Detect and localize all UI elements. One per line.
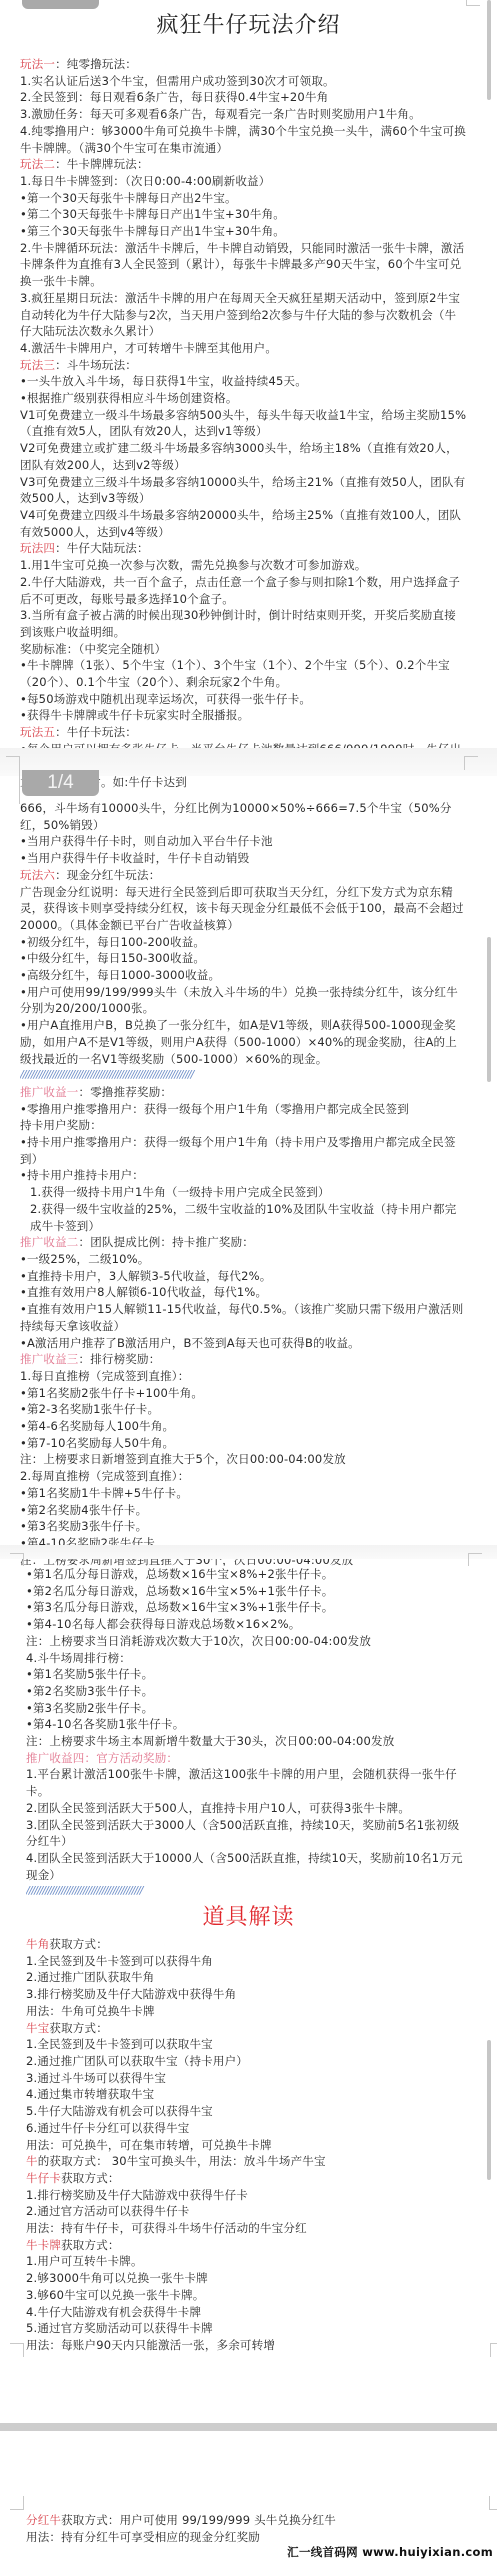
list-item: 3.排行榜奖励及牛仔大陆游戏中获得牛角 <box>26 1986 467 2003</box>
list-item: •每50场游戏中随机出现幸运场次，可获得一张牛仔卡。 <box>20 691 467 708</box>
promo-1-heading: 推广收益一：零撸推荐奖励： <box>20 1084 467 1101</box>
list-item: 3.当所有盒子被占满的时候出现30秒钟倒计时，倒计时结束则开奖，开奖后奖励直接到… <box>20 607 467 640</box>
list-item: 用法：牛角可兑换牛卡牌 <box>26 2003 467 2020</box>
list-item: •第3名瓜分每日游戏，总场数×16牛宝×3%+1张牛仔卡。 <box>26 1599 467 1616</box>
list-item: 4.激活牛卡牌用户，才可转增牛卡牌至其他用户。 <box>20 340 467 357</box>
list-item: 3.通过斗牛场可以获得牛宝 <box>26 2070 467 2087</box>
list-item: •第7-10名奖励每人50牛角。 <box>20 1435 467 1452</box>
list-item: 用法：持有分红牛可享受相应的现金分红奖励 <box>26 2529 467 2546</box>
list-item: •持卡用户推零撸用户：获得一级每个用户1牛角（持卡用户及零撸用户都完成全民签到） <box>20 1134 467 1167</box>
list-item: V2可免费建立或扩建二级斗牛场最多容纳3000头牛，给场主18%（直推有效20人… <box>20 440 467 473</box>
list-item: •第二个30天每张牛卡牌每日产出1牛宝+30牛角。 <box>20 206 467 223</box>
page-corner-mark <box>464 756 478 770</box>
page-corner-mark <box>6 756 20 804</box>
list-item: 2.获得一级牛宝收益的25%，二级牛宝收益的10%及团队牛宝收益（持卡用户都完成… <box>20 1201 467 1234</box>
prop-heading-treasure: 牛宝获取方式： <box>26 2020 467 2037</box>
list-item: 3.激励任务：每天可多观看6条广告，每观看完一条广告时则奖励用户1牛角。 <box>20 106 467 123</box>
list-item: •一级25%，二级10%。 <box>20 1251 467 1268</box>
list-item: •第1名奖励1牛卡牌+5牛仔卡。 <box>20 1485 467 1502</box>
list-item: •A激活用户推荐了B激活用户，B不签到A每天也可获得B的收益。 <box>20 1335 467 1352</box>
section-divider: ////////////////////////////////////////… <box>26 1883 467 1900</box>
list-item: 注：上榜要求日新增签到直推大于5个，次日00:00-04:00发放 <box>20 1451 467 1468</box>
list-item: •当用户获得牛仔卡收益时，牛仔卡自动销毁 <box>20 850 467 867</box>
list-item: 注：上榜要求牛场主本周新增牛数量大于30头，次日00:00-04:00发放 <box>26 1733 467 1750</box>
page-2-content: 666，斗牛场有10000头牛，分红比例为10000×50%÷666=7.5个牛… <box>0 800 497 1585</box>
list-item: V4可免费建立四级斗牛场最多容纳20000头牛，给场主25%（直推有效100人，… <box>20 507 467 540</box>
list-item: 1.用户可互转牛卡牌。 <box>26 2253 467 2270</box>
list-item: 4.牛仔大陆游戏有机会获得牛卡牌 <box>26 2304 467 2321</box>
list-item: 2.通过推广团队可以获取牛宝（持卡用户） <box>26 2053 467 2070</box>
list-item: •第2名奖励4张牛仔卡。 <box>20 1502 467 1519</box>
page-3-content: •第1名瓜分每日游戏，总场数×16牛宝×8%+2张牛仔卡。 •第2名瓜分每日游戏… <box>0 1566 497 1900</box>
list-item: •第2名奖励3张牛仔卡。 <box>26 1683 467 1700</box>
list-item: •直推有效用户8人解锁6-10代收益，每代1%。 <box>20 1284 467 1301</box>
list-item: •第3名奖励2张牛仔卡。 <box>26 1700 467 1717</box>
mode-5-heading: 玩法五：牛仔卡玩法： <box>20 724 467 741</box>
list-item: V1可免费建立一级斗牛场最多容纳500头牛，每头牛每天收益1牛宝，给场主奖励15… <box>20 407 467 440</box>
site-watermark: 汇一线首码网 www.huiyixian.com <box>287 2544 493 2560</box>
list-item: 用法：持有牛仔卡，可获得斗牛场牛仔活动的牛宝分红 <box>26 2220 467 2237</box>
list-item: •牛卡牌牌（1张）、5个牛宝（1个）、3个牛宝（1个）、2个牛宝（5个）、0.2… <box>20 657 467 690</box>
list-item: •第3名奖励3张牛仔卡。 <box>20 1518 467 1535</box>
list-item: •第1名奖励5张牛仔卡。 <box>26 1666 467 1683</box>
list-item: 2.牛卡牌循环玩法：激活牛卡牌后，牛卡牌自动销毁，只能同时激活一张牛卡牌，激活卡… <box>20 240 467 290</box>
list-item: •获得牛卡牌牌或牛仔卡玩家实时全服播报。 <box>20 707 467 724</box>
list-item: 4.斗牛场周排行榜： <box>26 1650 467 1667</box>
document-page-2: 666，斗牛场有10000头牛，分红比例为10000×50%÷666=7.5个牛… <box>0 800 497 1540</box>
page-break <box>0 1545 497 1559</box>
list-item: 666，斗牛场有10000头牛，分红比例为10000×50%÷666=7.5个牛… <box>20 800 467 833</box>
list-item: 注：上榜要求当日消耗游戏次数大于10次，次日00:00-04:00发放 <box>26 1633 467 1650</box>
list-item: 4.纯零撸用户：够3000牛角可兑换牛卡牌，满30个牛宝兑换一头牛，满60个牛宝… <box>20 123 467 156</box>
list-item: 1.用1牛宝可兑换一次参与次数，需先兑换参与次数才可参加游戏。 <box>20 557 467 574</box>
prop-heading-cow: 牛的获取方式： 30牛宝可换头牛，用法：放斗牛场产牛宝 <box>26 2153 467 2170</box>
list-item: 2.通过推广团队获取牛角 <box>26 1969 467 1986</box>
list-item: •直推持卡用户，3人解锁3-5代收益，每代2%。 <box>20 1268 467 1285</box>
list-item: 广告现金分红说明：每天进行全民签到后即可获取当天分红，分红下发方式为京东精灵，获… <box>20 884 467 934</box>
list-item: •第1名奖励2张牛仔卡+100牛角。 <box>20 1385 467 1402</box>
list-item: 5.通过官方奖励活动可以获得牛卡牌 <box>26 2320 467 2337</box>
list-item: •持卡用户推持卡用户： <box>20 1167 467 1184</box>
mode-3-heading: 玩法三：斗牛场玩法： <box>20 357 467 374</box>
list-item: 持卡用户奖励： <box>20 1117 467 1134</box>
list-item: 3.疯狂星期日玩法：激活牛卡牌的用户在每周天全天疯狂星期天活动中，签到原2牛宝自… <box>20 290 467 340</box>
page-corner-mark <box>10 1553 24 1567</box>
list-item: 2.全民签到：每日观看6条广告，每日获得0.4牛宝+20牛角 <box>20 89 467 106</box>
list-item: 1.全民签到及牛卡签到可以获得牛角 <box>26 1953 467 1970</box>
page-corner-mark <box>10 2343 24 2357</box>
list-item: •第2名瓜分每日游戏，总场数×16牛宝×5%+1张牛仔卡。 <box>26 1583 467 1600</box>
list-item: •第1名瓜分每日游戏，总场数×16牛宝×8%+2张牛仔卡。 <box>26 1566 467 1583</box>
page-corner-mark <box>468 1553 482 1567</box>
list-item: •中级分红牛，每日150-300收益。 <box>20 950 467 967</box>
list-item: •当用户获得牛仔卡时，则自动加入平台牛仔卡池 <box>20 833 467 850</box>
list-item: •用户A直推用户B，B兑换了一张分红牛，如A是V1等级，则A获得500-1000… <box>20 1017 467 1067</box>
scrollbar-thumb[interactable] <box>487 2040 491 2180</box>
scrollbar-thumb[interactable] <box>487 0 491 100</box>
list-item: 3.团队全民签到活跃大于3000人（含500活跃直推，持续10天，奖励前5名1张… <box>26 1817 467 1850</box>
page-corner-mark <box>490 2343 497 2357</box>
list-item: 6.通过牛仔卡分红可以获得牛宝 <box>26 2120 467 2137</box>
page-corner-mark <box>489 2496 497 2510</box>
promo-3-heading: 推广收益三：排行榜奖励： <box>20 1351 467 1368</box>
list-item: 1.获得一级持卡用户1牛角（一级持卡用户完成全民签到） <box>20 1184 467 1201</box>
page-1-content: 玩法一：纯零撸玩法： 1.实名认证后送3个牛宝，但需用户成功签到30次才可领取。… <box>0 48 497 791</box>
document-page-3: •第1名瓜分每日游戏，总场数×16牛宝×8%+2张牛仔卡。 •第2名瓜分每日游戏… <box>0 1566 497 2346</box>
mode-1-heading: 玩法一：纯零撸玩法： <box>20 56 467 73</box>
list-item: 2.够3000牛角可以兑换一张牛卡牌 <box>26 2270 467 2287</box>
page-corner-mark <box>466 0 480 6</box>
list-item: •高级分红牛，每日1000-3000收益。 <box>20 967 467 984</box>
list-item: 1.排行榜奖励及牛仔大陆游戏中获得牛仔卡 <box>26 2187 467 2204</box>
page-separator-bar <box>0 2423 497 2431</box>
list-item: •用户可使用99/199/999头牛（未放入斗牛场的牛）兑换一张持续分红牛，该分… <box>20 984 467 1017</box>
list-item: •第一个30天每张牛卡牌每日产出2牛宝。 <box>20 190 467 207</box>
prop-heading-cow-card: 牛卡牌获取方式： <box>26 2237 467 2254</box>
list-item: 奖励标准：（中奖完全随机） <box>20 641 467 658</box>
list-item: •根据推广级别获得相应斗牛场创建资格。 <box>20 390 467 407</box>
document-page-1: 疯狂牛仔玩法介绍 玩法一：纯零撸玩法： 1.实名认证后送3个牛宝，但需用户成功签… <box>0 0 497 740</box>
list-item: 2.牛仔大陆游戏，共一百个盒子，点击任意一个盒子参与则扣除1个数，用户选择盒子后… <box>20 574 467 607</box>
mode-6-heading: 玩法六：现金分红牛玩法： <box>20 867 467 884</box>
list-item: •一头牛放入斗牛场，每日获得1牛宝，收益持续45天。 <box>20 373 467 390</box>
list-item: 2.通过官方活动可以获得牛仔卡 <box>26 2203 467 2220</box>
list-item: 1.每日牛卡牌签到：（次日0:00-4:00刷新收益） <box>20 173 467 190</box>
list-item: 1.全民签到及牛卡签到可以获取牛宝 <box>26 2036 467 2053</box>
list-item: •第三个30天每张牛卡牌每日产出1牛宝+30牛角。 <box>20 223 467 240</box>
promo-4-heading: 推广收益四：官方活动奖励： <box>26 1750 467 1767</box>
props-content: 牛角获取方式： 1.全民签到及牛卡签到可以获得牛角 2.通过推广团队获取牛角 3… <box>0 1936 497 2354</box>
page-indicator-badge: 1/4 <box>22 770 99 796</box>
list-item: •直推有效用户15人解锁11-15代收益，每代0.5%。（该推广奖励只需下级用户… <box>20 1301 467 1334</box>
list-item: 4.通过集市转增获取牛宝 <box>26 2086 467 2103</box>
list-item: 1.每日直推榜（完成签到直推）： <box>20 1368 467 1385</box>
list-item: •第4-10名各奖励1张牛仔卡。 <box>26 1716 467 1733</box>
prop-heading-horn: 牛角获取方式： <box>26 1936 467 1953</box>
list-item: V3可免费建立三级斗牛场最多容纳10000头牛，给场主21%（直推有效50人，团… <box>20 474 467 507</box>
mode-4-heading: 玩法四：牛仔大陆玩法： <box>20 540 467 557</box>
prop-heading-cowboy-card: 牛仔卡获取方式： <box>26 2170 467 2187</box>
prop-heading-dividend-cow: 分红牛获取方式：用户可使用 99/199/999 头牛兑换分红牛 <box>26 2512 467 2529</box>
list-item: •第4-6名奖励每人100牛角。 <box>20 1418 467 1435</box>
mode-2-heading: 玩法二：牛卡牌牌玩法： <box>20 156 467 173</box>
page-4-content: 分红牛获取方式：用户可使用 99/199/999 头牛兑换分红牛 用法：持有分红… <box>0 2512 497 2545</box>
list-item: •初级分红牛，每日100-200收益。 <box>20 934 467 951</box>
list-item: 用法：每账户90天内只能激活一张，多余可转增 <box>26 2337 467 2354</box>
list-item: 2.每周直推榜（完成签到直推）： <box>20 1468 467 1485</box>
list-item: •第4-10名每人都会获得每日游戏总场数×16×2%。 <box>26 1616 467 1633</box>
list-item: 用法：可兑换牛，可在集市转增，可兑换牛卡牌 <box>26 2137 467 2154</box>
list-item: 1.平台累计激活100张牛卡牌，激活这100张牛卡牌的用户里，会随机获得一张牛仔… <box>26 1766 467 1799</box>
scrollbar-thumb[interactable] <box>487 937 491 1082</box>
list-item: •第2-3名奖励1张牛仔卡。 <box>20 1401 467 1418</box>
list-item: 4.团队全民签到活跃大于10000人（含500活跃直推，持续10天，奖励前10名… <box>26 1850 467 1883</box>
page-tab-decoration <box>22 0 99 9</box>
list-item: 1.实名认证后送3个牛宝，但需用户成功签到30次才可领取。 <box>20 73 467 90</box>
list-item: 5.牛仔大陆游戏有机会可以获得牛宝 <box>26 2103 467 2120</box>
list-item: 3.够60牛宝可以兑换一张牛卡牌。 <box>26 2287 467 2304</box>
list-item: 2.团队全民签到活跃大于500人，直推持卡用户10人，可获得3张牛卡牌。 <box>26 1800 467 1817</box>
promo-2-heading: 推广收益二：团队提成比例：持卡推广奖励： <box>20 1234 467 1251</box>
page-corner-mark <box>10 2496 24 2510</box>
section-divider: ////////////////////////////////////////… <box>20 1067 467 1084</box>
list-item: •零撸用户推零撸用户：获得一级每个用户1牛角（零撸用户都完成全民签到 <box>20 1101 467 1118</box>
props-section-title: 道具解读 <box>0 1900 497 1936</box>
